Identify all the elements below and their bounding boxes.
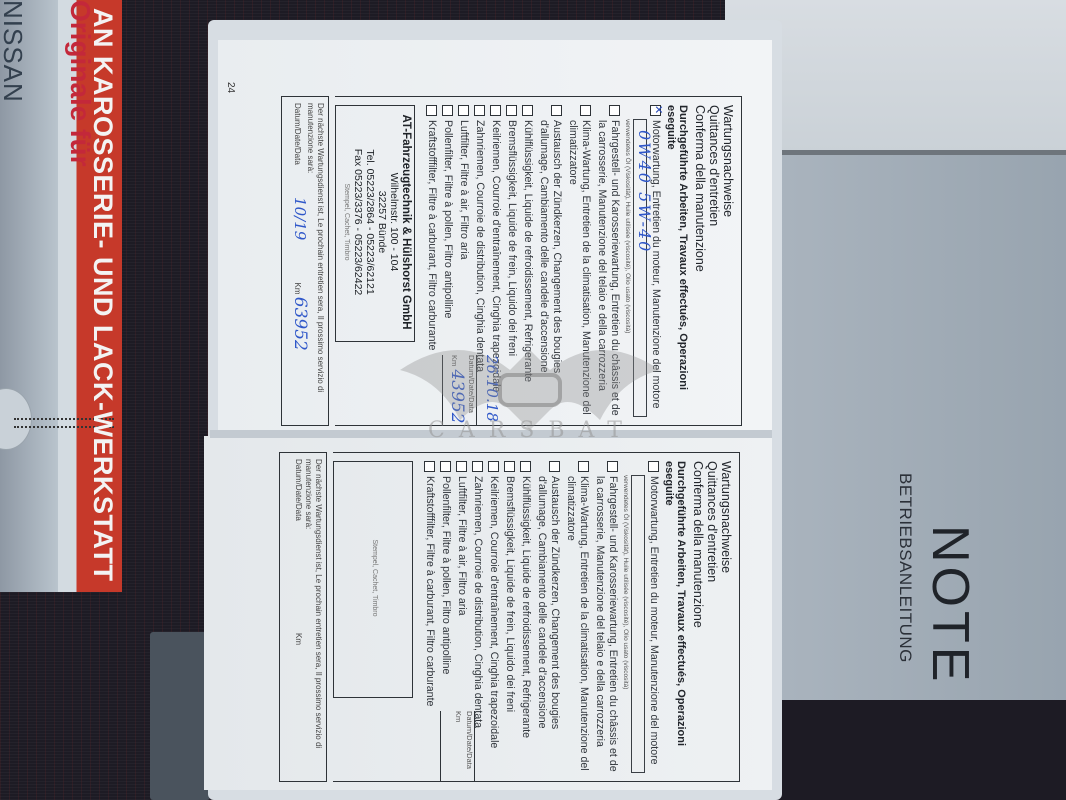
checklist-label: Keilriemen, Courroie d'entraînement, Cin… — [489, 120, 502, 392]
checkbox[interactable] — [458, 105, 469, 116]
checklist-item: Kraftstofffilter, Filtre à carburant, Fi… — [425, 105, 438, 417]
checkbox[interactable] — [506, 105, 517, 116]
grey-folder — [150, 632, 210, 800]
checkbox[interactable] — [424, 461, 435, 472]
checkbox[interactable] — [456, 461, 467, 472]
checkbox[interactable] — [580, 105, 591, 116]
seat-fabric-corner — [760, 700, 1066, 800]
checkbox[interactable] — [472, 461, 483, 472]
service-date-field: 26.10.18 — [476, 355, 501, 425]
service-entry-1: Wartungsnachweise Quittances d'entretien… — [281, 96, 742, 426]
checklist-label: Keilriemen, Courroie d'entraînement, Cin… — [487, 476, 500, 748]
brochure-subtitle: Originale für — [64, 0, 96, 166]
checkbox[interactable] — [551, 105, 562, 116]
oil-label: verwendetes Öl (Viskosität), Huile utili… — [622, 475, 629, 773]
checkbox[interactable] — [522, 105, 533, 116]
checklist-item: Kraftstofffilter, Filtre à carburant, Fi… — [423, 461, 436, 773]
dealer-stamp-empty: Stempel, Cachet, Timbro — [333, 461, 413, 698]
checklist-label: Pollenfilter, Filtre à pollen, Filtro an… — [441, 120, 454, 318]
oil-viscosity-field[interactable]: 0W40 5W-40 — [633, 119, 647, 417]
checkbox[interactable] — [440, 461, 451, 472]
checklist-label: Klima-Wartung, Entretien de la climatisa… — [564, 476, 590, 773]
checkbox[interactable] — [578, 461, 589, 472]
checklist-item: Kühlflüssigkeit, Liquide de refroidissem… — [521, 105, 534, 417]
checkbox[interactable] — [504, 461, 515, 472]
work-performed-heading: Durchgeführte Arbeiten, Travaux effectué… — [665, 105, 689, 417]
checklist-item: Klima-Wartung, Entretien de la climatisa… — [566, 105, 592, 417]
checkbox[interactable] — [648, 461, 659, 472]
checklist-item: Kühlflüssigkeit, Liquide de refroidissem… — [519, 461, 532, 773]
oil-handwritten: 0W40 5W-40 — [635, 130, 654, 253]
checklist-item: Fahrgestell- und Karosseriewartung, Entr… — [593, 461, 619, 773]
checklist-label: Pollenfilter, Filtre à pollen, Filtro an… — [439, 476, 452, 674]
checklist-label: Luftfilter, Filtre à air, Filtro aria — [455, 476, 468, 616]
manual-subtitle: BETRIEBSANLEITUNG — [895, 473, 915, 663]
checklist-label: Zahnriemen, Courroie de distribution, Ci… — [473, 120, 486, 372]
checklist-label: Kraftstofffilter, Filtre à carburant, Fi… — [423, 476, 436, 706]
oil-viscosity-field[interactable] — [631, 475, 645, 773]
note-manual — [770, 150, 1066, 755]
checklist-label: Kraftstofffilter, Filtre à carburant, Fi… — [425, 120, 438, 350]
checklist-label: Motorwartung, Entretien du moteur, Manut… — [647, 476, 660, 765]
work-performed-heading: Durchgeführte Arbeiten, Travaux effectué… — [663, 461, 687, 773]
checklist-label: Luftfilter, Filtre à air, Filtro aria — [457, 120, 470, 260]
entry-header: Wartungsnachweise Quittances d'entretien… — [691, 461, 733, 773]
dealer-stamp: AT-Fahrzeugtechnik & Hülshorst GmbH Wilh… — [335, 105, 415, 342]
checklist-label: Austausch der Zündkerzen, Changement des… — [535, 476, 561, 773]
service-km-field[interactable]: Km — [440, 711, 465, 781]
checklist-label: Bremsflüssigkeit, Liquide de frein, Liqu… — [503, 476, 516, 712]
checklist-item: Fahrgestell- und Karosseriewartung, Entr… — [595, 105, 621, 417]
page-number: 24 — [225, 82, 236, 93]
checkbox[interactable] — [490, 105, 501, 116]
service-entry-2: Wartungsnachweise Quittances d'entretien… — [279, 452, 740, 782]
checklist-label: Zahnriemen, Courroie de distribution, Ci… — [471, 476, 484, 728]
next-date-value: 10/19 — [291, 197, 309, 240]
checklist-item: Austausch der Zündkerzen, Changement des… — [535, 461, 561, 773]
checklist-label: Kühlflüssigkeit, Liquide de refroidissem… — [521, 120, 534, 382]
next-service-box: Der nächste Wartungsdienst ist, Le proch… — [279, 452, 327, 782]
checkbox[interactable] — [520, 461, 531, 472]
service-date-field[interactable] — [474, 711, 499, 781]
checklist-item: Bremsflüssigkeit, Liquide de frein, Liqu… — [505, 105, 518, 417]
checkbox[interactable] — [650, 105, 661, 116]
brochure-brand: NISSAN — [0, 0, 28, 103]
checklist-item: Klima-Wartung, Entretien de la climatisa… — [564, 461, 590, 773]
checklist-item: Motorwartung, Entretien du moteur, Manut… — [647, 461, 660, 773]
service-km-field: Km 43952 — [442, 355, 467, 425]
checklist-label: Klima-Wartung, Entretien de la climatisa… — [566, 120, 592, 417]
checkbox[interactable] — [442, 105, 453, 116]
checkbox[interactable] — [549, 461, 560, 472]
oil-label: verwendetes Öl (Viskosität), Huile utili… — [624, 119, 631, 417]
checklist-item: Bremsflüssigkeit, Liquide de frein, Liqu… — [503, 461, 516, 773]
checklist-label: Kühlflüssigkeit, Liquide de refroidissem… — [519, 476, 532, 738]
checklist-item: Austausch der Zündkerzen, Changement des… — [537, 105, 563, 417]
entry-header: Wartungsnachweise Quittances d'entretien… — [693, 105, 735, 417]
checklist-label: Fahrgestell- und Karosseriewartung, Entr… — [595, 120, 621, 417]
checkbox[interactable] — [488, 461, 499, 472]
checklist-label: Fahrgestell- und Karosseriewartung, Entr… — [593, 476, 619, 773]
next-service-box: Der nächste Wartungsdienst ist, Le proch… — [281, 96, 329, 426]
watermark-text: CARSBAT — [428, 418, 636, 443]
next-km-value: 63952 — [290, 297, 310, 351]
checkbox[interactable] — [609, 105, 620, 116]
checklist-label: Bremsflüssigkeit, Liquide de frein, Liqu… — [505, 120, 518, 356]
manual-title: NOTE — [920, 525, 980, 685]
checkbox[interactable] — [607, 461, 618, 472]
checkbox[interactable] — [474, 105, 485, 116]
checkbox[interactable] — [426, 105, 437, 116]
checklist-label: Austausch der Zündkerzen, Changement des… — [537, 120, 563, 417]
